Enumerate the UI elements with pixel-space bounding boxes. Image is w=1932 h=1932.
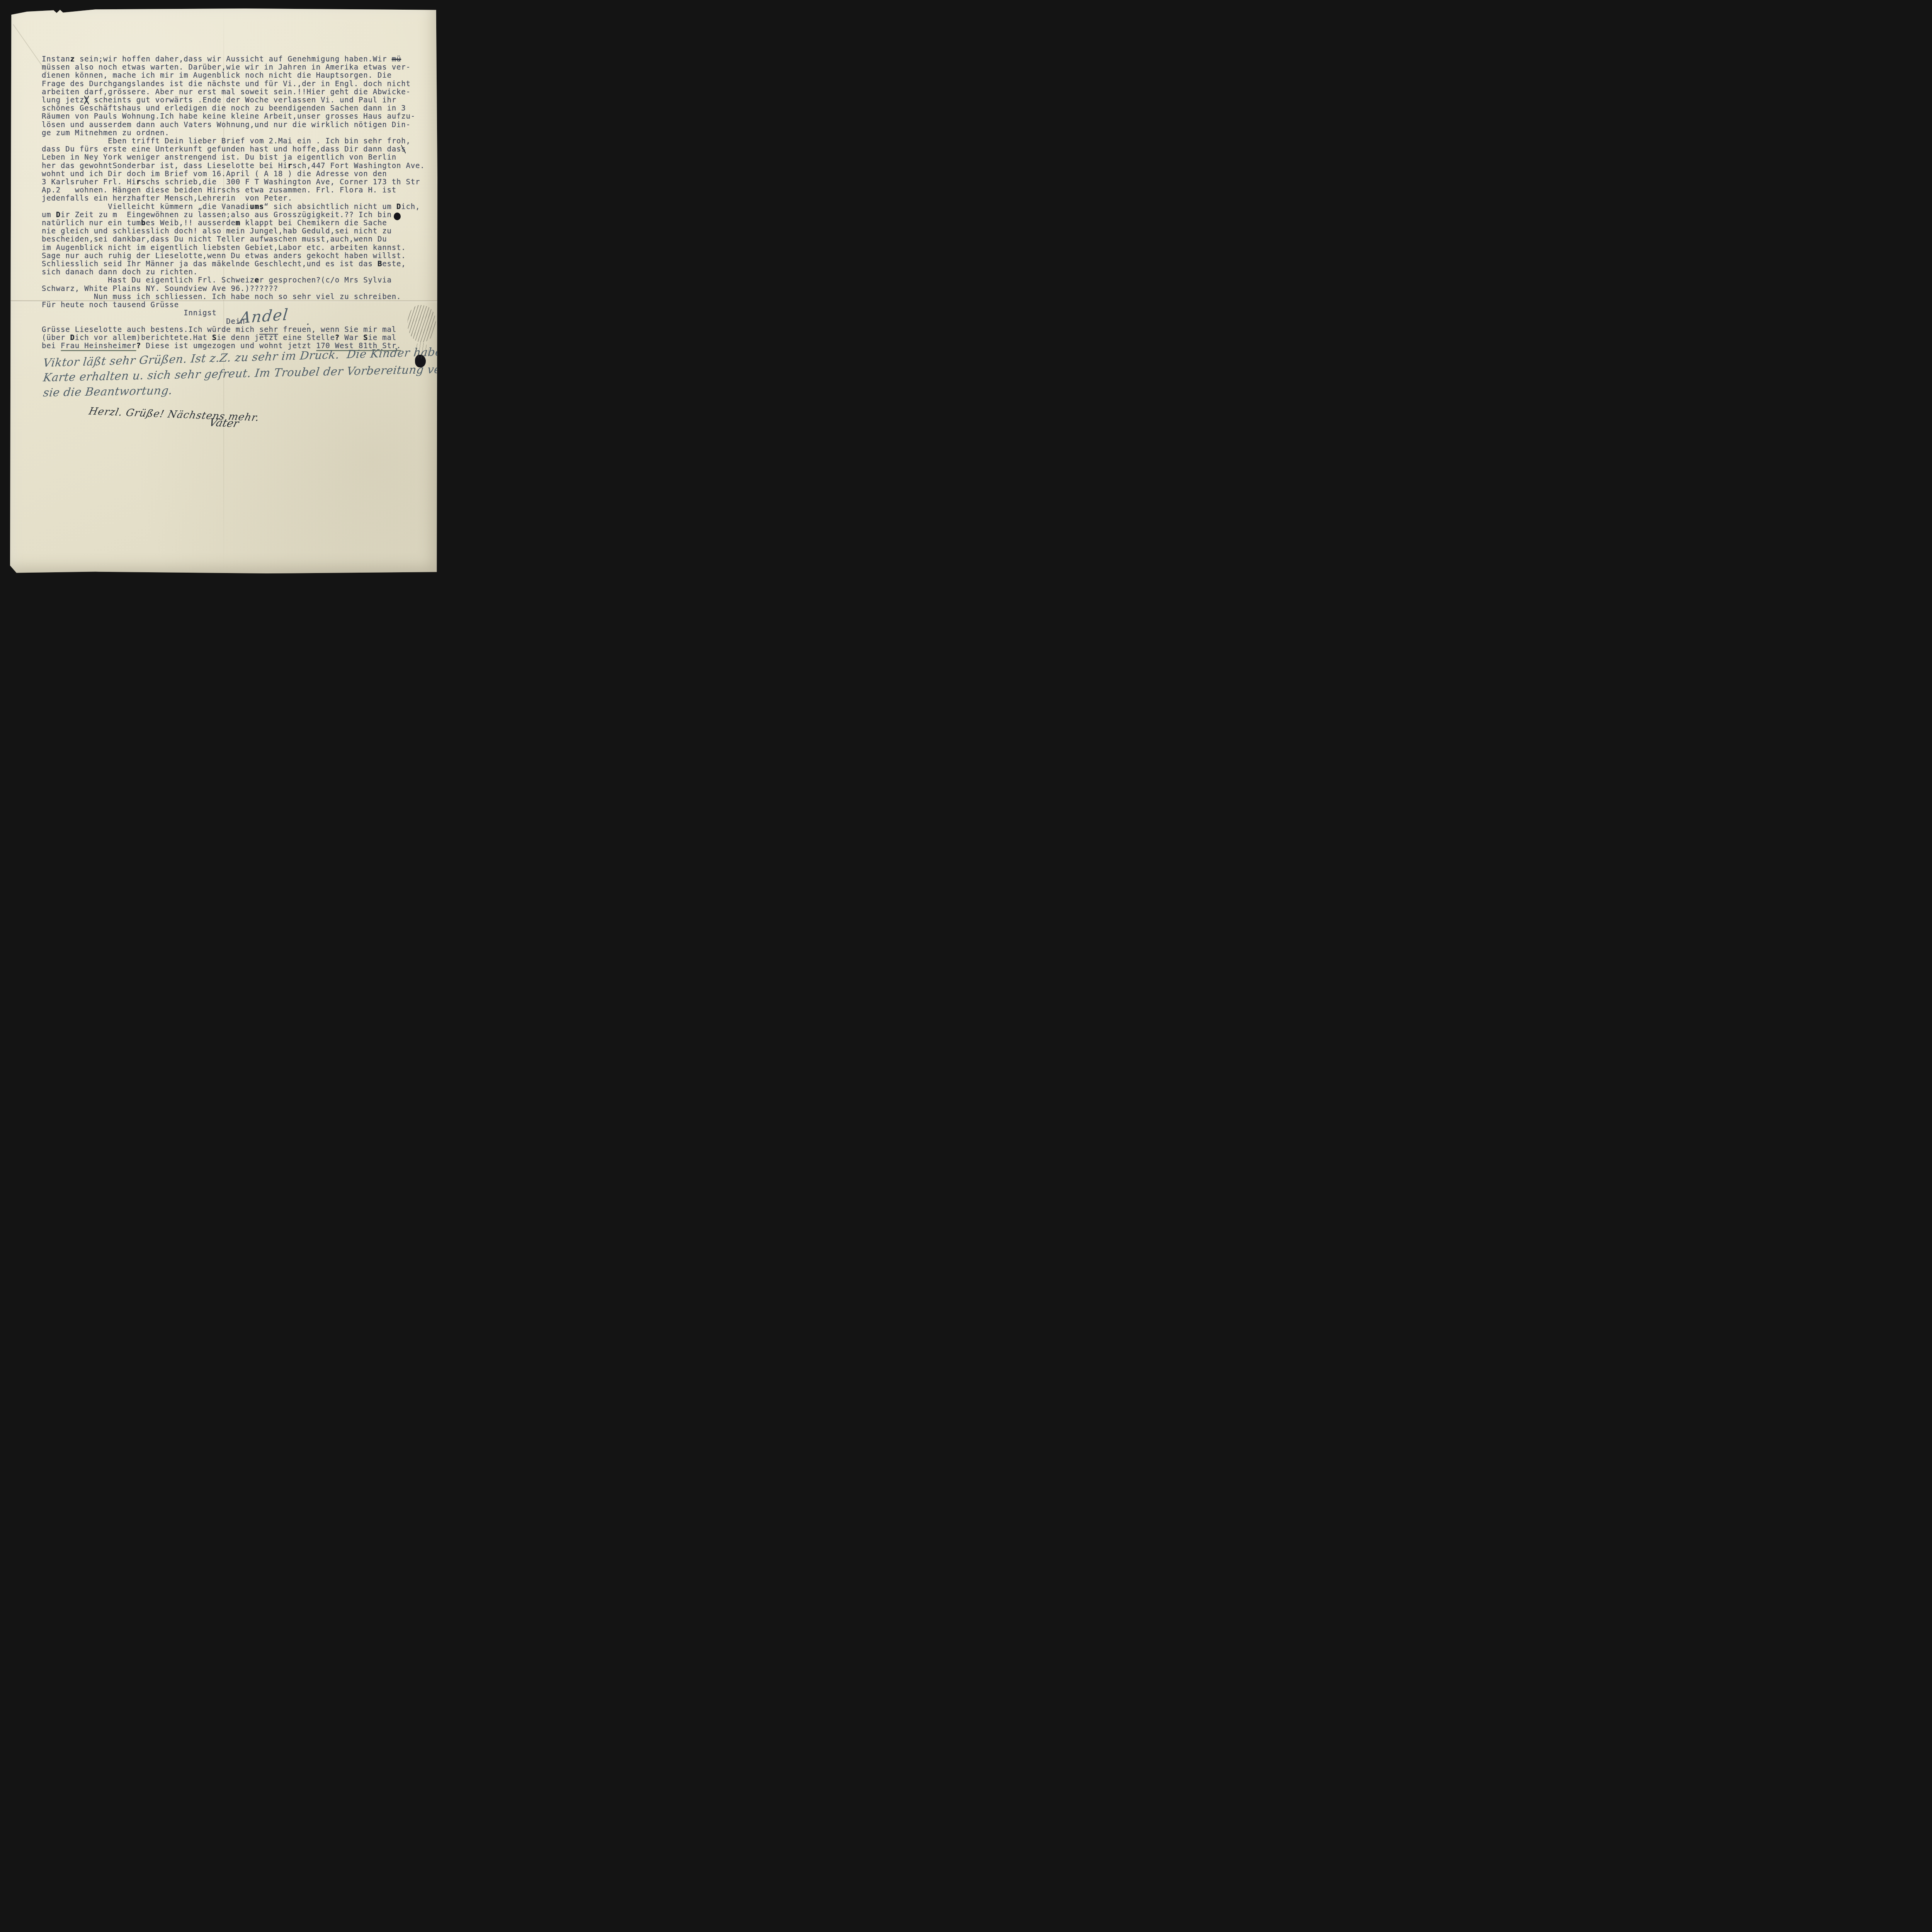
typed-line: lung jetzt scheints gut vorwärts .Ende d… — [42, 96, 425, 104]
typed-line: ge zum Mitnehmen zu ordnen. — [42, 129, 425, 137]
typed-segment: Grüsse Lieselotte auch bestens.Ich würde… — [42, 325, 259, 334]
typed-line: arbeiten darf,grössere. Aber nur erst ma… — [42, 88, 425, 96]
typed-segment: ? — [136, 342, 141, 350]
typed-segment: mü — [392, 55, 401, 63]
typed-segment: ? — [335, 333, 340, 342]
typed-line: Räumen von Pauls Wohnung.Ich habe keine … — [42, 112, 425, 121]
typed-segment: ich vor allem)berichtete.Hat — [75, 333, 212, 342]
typed-segment: Diese ist umgezogen und wohnt jetzt — [141, 342, 316, 350]
typed-line: müssen also noch etwas warten. Darüber,w… — [42, 63, 425, 71]
typed-line: Sage nur auch ruhig der Lieselotte,wenn … — [42, 252, 425, 260]
typed-segment: ir Zeit zu m Eingewöhnen zu lassen;also … — [61, 211, 392, 219]
typed-line: Schwarz, White Plains NY. Soundview Ave … — [42, 285, 425, 293]
typed-segment: sich danach dann doch zu richten. — [42, 268, 198, 276]
typed-line: Ap.2 wohnen. Hängen diese beiden Hirschs… — [42, 186, 425, 194]
typed-segment: Innigst — [42, 309, 217, 317]
typed-line: Hast Du eigentlich Frl. Schweizer gespro… — [42, 276, 425, 284]
typed-segment: im Augenblick nicht im eigentlich liebst… — [42, 243, 406, 252]
typed-segment: Eben trifft Dein lieber Brief vom 2.Mai … — [42, 137, 411, 145]
typed-segment: sehr — [259, 325, 278, 334]
typed-segment: B — [378, 260, 382, 268]
typed-segment: es Weib,!! ausserde — [146, 219, 236, 227]
typed-segment: klappt bei Chemikern die Sache — [240, 219, 387, 227]
typed-segment: dass Du fürs erste eine Unterkunft gefun… — [42, 145, 401, 153]
typed-line: Instanz sein;wir hoffen daher,dass wir A… — [42, 55, 425, 63]
typed-segment: Frau Heinsheimer — [61, 342, 136, 350]
typed-line: bescheiden,sei dankbar,dass Du nicht Tel… — [42, 235, 425, 243]
typed-line: Eben trifft Dein lieber Brief vom 2.Mai … — [42, 137, 425, 145]
typed-segment: freuen, wenn Sie mir mal — [278, 325, 396, 334]
typed-line: Vielleicht kümmern „die Vanadiums“ sich … — [42, 203, 425, 211]
typed-segment: um — [42, 211, 56, 219]
typed-segment: her das gewohntSonderbar ist, dass Liese… — [42, 162, 287, 170]
handwritten-postscript-line-3: sie die Beantwortung. — [43, 384, 173, 399]
typed-line: lösen und ausserdem dann auch Vaters Woh… — [42, 121, 425, 129]
typed-segment: ie mal — [368, 333, 396, 342]
typed-segment: b — [141, 219, 146, 227]
typed-segment: Ap.2 wohnen. Hängen diese beiden Hirschs… — [42, 186, 396, 194]
typed-segment: wohnt und ich Dir doch im Brief vom 16.A… — [42, 170, 387, 178]
typed-segment: Leben in Ney York weniger anstrengend is… — [42, 153, 396, 162]
typed-segment: arbeiten darf,grössere. Aber nur erst ma… — [42, 88, 411, 96]
typed-line: Dein — [42, 318, 425, 326]
typed-segment: “ sich absichtlich nicht um — [264, 202, 396, 211]
typed-segment: natürlich nur ein tum — [42, 219, 141, 227]
typed-line: schönes Geschäftshaus und erledigen die … — [42, 104, 425, 112]
typed-segment: lung jetz — [42, 96, 84, 104]
typed-segment: schönes Geschäftshaus und erledigen die … — [42, 104, 406, 112]
typed-segment: bei — [42, 342, 61, 350]
typed-segment: Für heute noch tausend Grüsse — [42, 301, 179, 309]
typed-segment: r gesprochen?(c/o Mrs Sylvia — [259, 276, 392, 284]
handwritten-signature: Andel — [239, 306, 289, 327]
typed-line: wohnt und ich Dir doch im Brief vom 16.A… — [42, 170, 425, 178]
typed-segment: S — [363, 333, 368, 342]
typed-segment: t — [84, 96, 89, 104]
typed-segment: Vielleicht kümmern „die Vanadi — [42, 202, 250, 211]
signature-period: . — [306, 315, 310, 328]
typed-line: Innigst — [42, 309, 425, 317]
typed-segment: sein;wir hoffen daher,dass wir Aussicht … — [75, 55, 392, 63]
typed-line: sich danach dann doch zu richten. — [42, 268, 425, 276]
typed-segment: lösen und ausserdem dann auch Vaters Woh… — [42, 121, 411, 129]
typed-segment: D — [396, 202, 401, 211]
typed-segment: Dein — [42, 317, 245, 326]
typed-segment: D — [56, 211, 61, 219]
typed-segment: D — [70, 333, 75, 342]
typed-segment: ich, — [401, 202, 420, 211]
typed-line: nie gleich und schliesslich doch! also m… — [42, 227, 425, 235]
typed-segment: 3 Karlsruher Frl. Hi — [42, 178, 136, 186]
typed-segment: Frage des Durchgangslandes ist die nächs… — [42, 80, 411, 88]
typed-segment: müssen also noch etwas warten. Darüber,w… — [42, 63, 411, 71]
typed-line: Nun muss ich schliessen. Ich habe noch s… — [42, 293, 425, 301]
typed-segment: s — [401, 145, 406, 153]
typed-line: dienen können, mache ich mir im Augenbli… — [42, 71, 425, 80]
typed-segment: bescheiden,sei dankbar,dass Du nicht Tel… — [42, 235, 387, 243]
typed-segment: Nun muss ich schliessen. Ich habe noch s… — [42, 293, 401, 301]
typed-segment: jedenfalls ein herzhafter Mensch,Lehreri… — [42, 194, 293, 202]
typed-segment: Sage nur auch ruhig der Lieselotte,wenn … — [42, 252, 406, 260]
typed-text: Instanz sein;wir hoffen daher,dass wir A… — [42, 55, 425, 350]
typed-segment: (über — [42, 333, 70, 342]
typed-segment: m — [236, 219, 240, 227]
typed-segment: r — [136, 178, 141, 186]
typed-line: Schliesslich seid Ihr Männer ja das mäke… — [42, 260, 425, 268]
typed-line: (über Dich vor allem)berichtete.Hat Sie … — [42, 334, 425, 342]
typed-segment: Hast Du eigentlich Frl. Schweiz — [42, 276, 255, 284]
typed-segment: z — [70, 55, 75, 63]
typed-line: Für heute noch tausend Grüsse — [42, 301, 425, 309]
typed-line: 3 Karlsruher Frl. Hirschs schrieb,die 30… — [42, 178, 425, 186]
typed-line: um Dir Zeit zu m Eingewöhnen zu lassen;a… — [42, 211, 425, 219]
letter-paper: Instanz sein;wir hoffen daher,dass wir A… — [10, 9, 437, 573]
typed-segment: War — [340, 333, 363, 342]
typed-segment: Schwarz, White Plains NY. Soundview Ave … — [42, 284, 278, 293]
typed-line: natürlich nur ein tumbes Weib,!! ausserd… — [42, 219, 425, 227]
typed-segment: schs schrieb,die 300 F T Washington Ave,… — [141, 178, 420, 186]
typed-segment: e — [255, 276, 259, 284]
typed-segment: ge zum Mitnehmen zu ordnen. — [42, 129, 169, 137]
typed-line: Leben in Ney York weniger anstrengend is… — [42, 153, 425, 162]
typed-segment: nie gleich und schliesslich doch! also m… — [42, 227, 392, 235]
typed-line: her das gewohntSonderbar ist, dass Liese… — [42, 162, 425, 170]
typed-segment: r — [287, 162, 292, 170]
scan-background: Instanz sein;wir hoffen daher,dass wir A… — [0, 0, 445, 580]
typed-line: Frage des Durchgangslandes ist die nächs… — [42, 80, 425, 88]
typed-segment: ums — [250, 202, 264, 211]
typed-segment: scheints gut vorwärts .Ende der Woche ve… — [89, 96, 396, 104]
typed-segment: Schliesslich seid Ihr Männer ja das mäke… — [42, 260, 378, 268]
typed-line: jedenfalls ein herzhafter Mensch,Lehreri… — [42, 194, 425, 202]
typed-segment: S — [212, 333, 217, 342]
typed-line: Grüsse Lieselotte auch bestens.Ich würde… — [42, 326, 425, 334]
typed-segment: Instan — [42, 55, 70, 63]
typed-segment: Räumen von Pauls Wohnung.Ich habe keine … — [42, 112, 415, 121]
typed-segment: ie denn jetzt eine Stelle — [217, 333, 335, 342]
handwritten-closing-signature: Vater — [208, 416, 240, 430]
ink-blot — [394, 213, 401, 220]
typed-segment: sch,447 Fort Washington Ave. — [293, 162, 425, 170]
typed-segment: este, — [382, 260, 406, 268]
typed-segment: dienen können, mache ich mir im Augenbli… — [42, 71, 392, 80]
typed-line: dass Du fürs erste eine Unterkunft gefun… — [42, 145, 425, 153]
typed-line: im Augenblick nicht im eigentlich liebst… — [42, 244, 425, 252]
